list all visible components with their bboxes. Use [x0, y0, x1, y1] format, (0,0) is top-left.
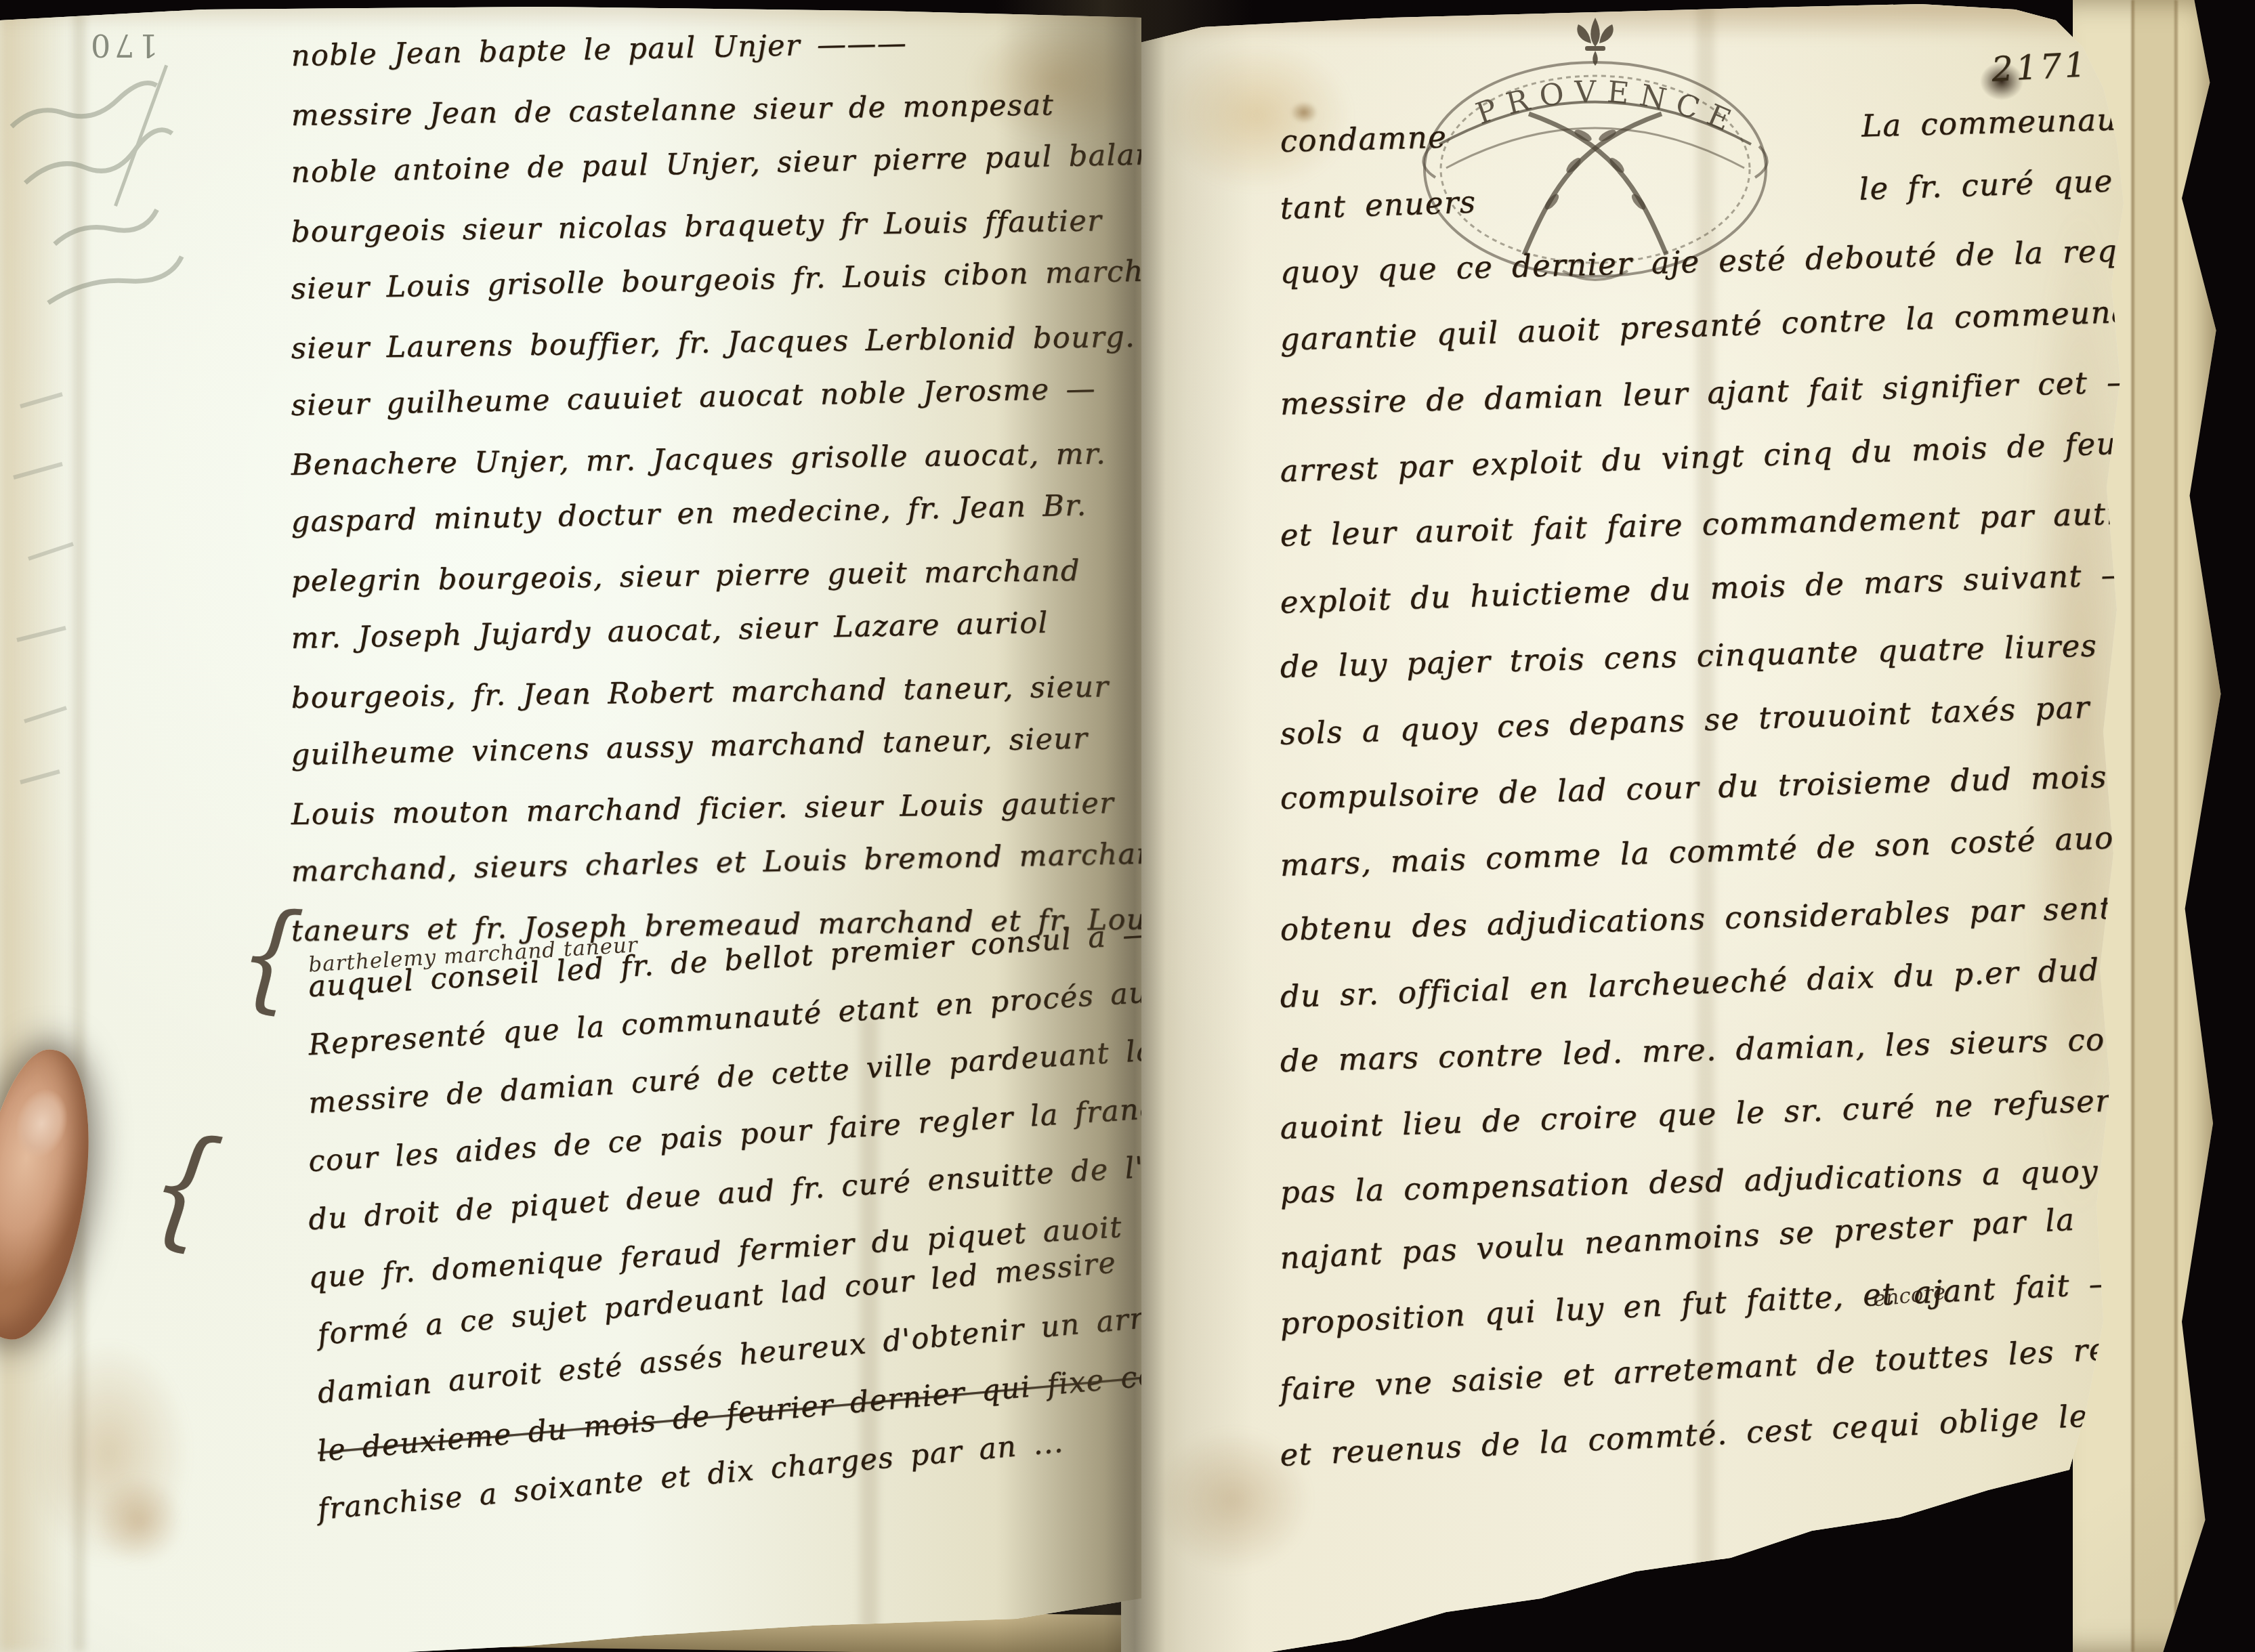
right-page: PROVENCE 2171 condamne La commeunauté au…	[1121, 0, 2222, 1652]
bleedthrough-folio-number: 170	[87, 27, 159, 64]
margin-brace: {	[140, 1105, 230, 1267]
thumbnail-nail	[8, 1083, 76, 1164]
left-page-text: noble Jean bapte le paul Unjer ———messir…	[291, 27, 1152, 1542]
left-page: 170 { { noble Jean bapte le paul Unjer —…	[0, 0, 1141, 1652]
stain	[95, 1477, 183, 1565]
manuscript-photo: PROVENCE 2171 condamne La commeunauté au…	[0, 0, 2255, 1652]
paper-crease	[73, 0, 85, 1652]
bleedthrough-scribble	[0, 17, 273, 343]
manuscript-line: noble Jean bapte le paul Unjer ———	[291, 9, 1152, 85]
page-edge-line	[2174, 0, 2178, 1652]
bleedthrough-strokes	[0, 379, 149, 813]
right-page-text: condamne La commeunauté aux depanstant e…	[1280, 108, 2188, 1488]
fleur-de-lis-icon	[1577, 18, 1613, 66]
page-edge-line	[2131, 0, 2134, 1652]
folio-number: 2171	[1991, 45, 2090, 89]
stain	[27, 1341, 190, 1565]
stain	[0, 0, 64, 1652]
